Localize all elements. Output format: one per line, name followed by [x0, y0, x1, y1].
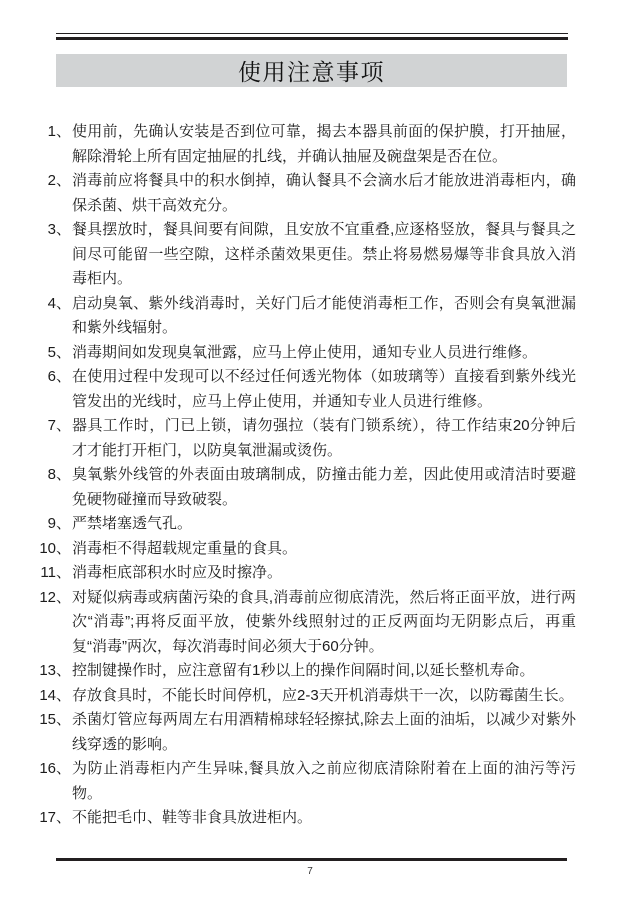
- page-number: 7: [0, 866, 620, 877]
- item-number: 9、: [30, 512, 71, 537]
- manual-page: 使用注意事项 1、使用前，先确认安装是否到位可靠，揭去本器具前面的保护膜，打开抽…: [0, 0, 620, 911]
- list-item: 9、严禁堵塞透气孔。: [30, 512, 576, 537]
- list-item: 6、在使用过程中发现可以不经过任何透光物体（如玻璃等）直接看到紫外线光管发出的光…: [30, 365, 576, 414]
- list-item: 11、消毒柜底部积水时应及时擦净。: [30, 561, 576, 586]
- list-item: 16、为防止消毒柜内产生异味,餐具放入之前应彻底清除附着在上面的油污等污物。: [30, 757, 576, 806]
- item-text: 为防止消毒柜内产生异味,餐具放入之前应彻底清除附着在上面的油污等污物。: [72, 757, 576, 806]
- item-text: 在使用过程中发现可以不经过任何透光物体（如玻璃等）直接看到紫外线光管发出的光线时…: [72, 365, 576, 414]
- item-text: 严禁堵塞透气孔。: [72, 512, 576, 537]
- top-rule-thick-line: [56, 37, 568, 40]
- item-text: 对疑似病毒或病菌污染的食具,消毒前应彻底清洗，然后将正面平放，进行两次“消毒”;…: [72, 586, 576, 660]
- item-text: 杀菌灯管应每两周左右用酒精棉球轻轻擦拭,除去上面的油垢，以减少对紫外线穿透的影响…: [72, 708, 576, 757]
- item-text: 臭氧紫外线管的外表面由玻璃制成，防撞击能力差，因此使用或清洁时要避免硬物碰撞而导…: [72, 463, 576, 512]
- list-item: 5、消毒期间如发现臭氧泄露，应马上停止使用，通知专业人员进行维修。: [30, 341, 576, 366]
- notes-list: 1、使用前，先确认安装是否到位可靠，揭去本器具前面的保护膜，打开抽屉，解除滑轮上…: [30, 120, 576, 831]
- list-item: 17、不能把毛巾、鞋等非食具放进柜内。: [30, 806, 576, 831]
- item-text: 控制键操作时，应注意留有1秒以上的操作间隔时间,以延长整机寿命。: [72, 659, 576, 684]
- top-rule: [56, 33, 568, 40]
- item-number: 7、: [30, 414, 71, 463]
- item-text: 存放食具时，不能长时间停机，应2-3天开机消毒烘干一次，以防霉菌生长。: [72, 684, 576, 709]
- item-text: 器具工作时，门已上锁，请勿强拉（装有门锁系统），待工作结束20分钟后才才能打开柜…: [72, 414, 576, 463]
- list-item: 7、器具工作时，门已上锁，请勿强拉（装有门锁系统），待工作结束20分钟后才才能打…: [30, 414, 576, 463]
- item-number: 8、: [30, 463, 71, 512]
- item-number: 4、: [30, 292, 71, 341]
- bottom-rule: [56, 858, 567, 861]
- item-text: 餐具摆放时，餐具间要有间隙，且安放不宜重叠,应逐格竖放，餐具与餐具之间尽可能留一…: [72, 218, 576, 292]
- item-text: 消毒前应将餐具中的积水倒掉，确认餐具不会滴水后才能放进消毒柜内，确保杀菌、烘干高…: [72, 169, 576, 218]
- item-number: 2、: [30, 169, 71, 218]
- item-number: 6、: [30, 365, 71, 414]
- item-number: 13、: [30, 659, 71, 684]
- item-text: 不能把毛巾、鞋等非食具放进柜内。: [72, 806, 576, 831]
- item-number: 10、: [30, 537, 71, 562]
- item-text: 启动臭氧、紫外线消毒时，关好门后才能使消毒柜工作，否则会有臭氧泄漏和紫外线辐射。: [72, 292, 576, 341]
- list-item: 13、控制键操作时，应注意留有1秒以上的操作间隔时间,以延长整机寿命。: [30, 659, 576, 684]
- item-number: 5、: [30, 341, 71, 366]
- list-item: 8、臭氧紫外线管的外表面由玻璃制成，防撞击能力差，因此使用或清洁时要避免硬物碰撞…: [30, 463, 576, 512]
- list-item: 10、消毒柜不得超载规定重量的食具。: [30, 537, 576, 562]
- item-number: 17、: [30, 806, 71, 831]
- list-item: 4、启动臭氧、紫外线消毒时，关好门后才能使消毒柜工作，否则会有臭氧泄漏和紫外线辐…: [30, 292, 576, 341]
- list-item: 12、对疑似病毒或病菌污染的食具,消毒前应彻底清洗，然后将正面平放，进行两次“消…: [30, 586, 576, 660]
- top-rule-thin-line: [56, 33, 568, 34]
- item-text: 使用前，先确认安装是否到位可靠，揭去本器具前面的保护膜，打开抽屉，解除滑轮上所有…: [72, 120, 576, 169]
- item-number: 1、: [30, 120, 71, 169]
- item-text: 消毒柜底部积水时应及时擦净。: [72, 561, 576, 586]
- item-number: 15、: [30, 708, 71, 757]
- item-number: 16、: [30, 757, 71, 806]
- list-item: 3、餐具摆放时，餐具间要有间隙，且安放不宜重叠,应逐格竖放，餐具与餐具之间尽可能…: [30, 218, 576, 292]
- page-title: 使用注意事项: [56, 54, 567, 87]
- item-text: 消毒柜不得超载规定重量的食具。: [72, 537, 576, 562]
- list-item: 2、消毒前应将餐具中的积水倒掉，确认餐具不会滴水后才能放进消毒柜内，确保杀菌、烘…: [30, 169, 576, 218]
- item-text: 消毒期间如发现臭氧泄露，应马上停止使用，通知专业人员进行维修。: [72, 341, 576, 366]
- list-item: 1、使用前，先确认安装是否到位可靠，揭去本器具前面的保护膜，打开抽屉，解除滑轮上…: [30, 120, 576, 169]
- item-number: 11、: [30, 561, 71, 586]
- item-number: 3、: [30, 218, 71, 292]
- list-item: 14、存放食具时，不能长时间停机，应2-3天开机消毒烘干一次，以防霉菌生长。: [30, 684, 576, 709]
- list-item: 15、杀菌灯管应每两周左右用酒精棉球轻轻擦拭,除去上面的油垢，以减少对紫外线穿透…: [30, 708, 576, 757]
- item-number: 12、: [30, 586, 71, 660]
- item-number: 14、: [30, 684, 71, 709]
